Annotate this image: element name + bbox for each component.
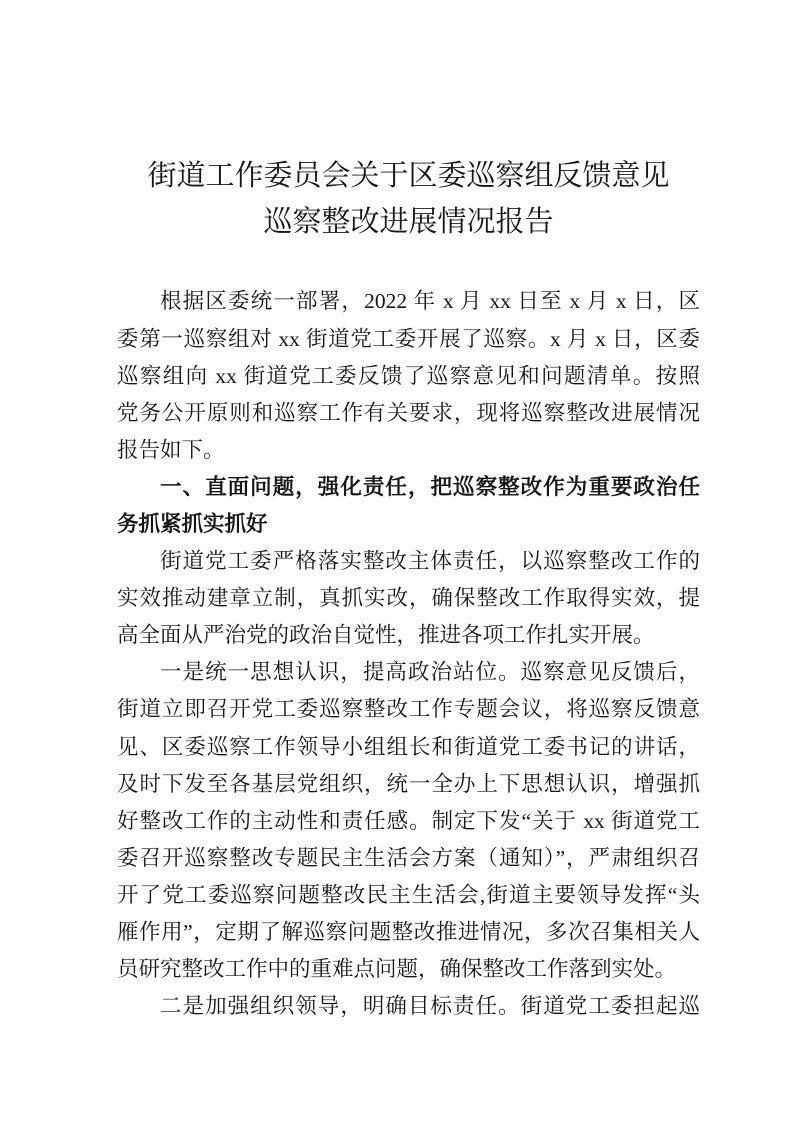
text-line: 报告如下。 xyxy=(117,432,700,469)
text-line: 好整改工作的主动性和责任感。制定下发“关于 xx 街道党工 xyxy=(117,803,700,840)
text-line: 及时下发至各基层党组织，统一全办上下思想认识，增强抓 xyxy=(117,766,700,803)
text-line: 街道党工委严格落实整改主体责任，以巡察整改工作的 xyxy=(117,543,700,580)
text-line: 委召开巡察整改专题民主生活会方案（通知）”，严肃组织召 xyxy=(117,840,700,877)
text-line: 一是统一思想认识，提高政治站位。巡察意见反馈后， xyxy=(117,654,700,691)
text-line: 员研究整改工作中的重难点问题，确保整改工作落到实处。 xyxy=(117,951,700,988)
paragraph: 一是统一思想认识，提高政治站位。巡察意见反馈后， 街道立即召开党工委巡察整改工作… xyxy=(117,654,700,988)
paragraph: 根据区委统一部署，2022 年 x 月 xx 日至 x 月 x 日，区 委第一巡… xyxy=(117,283,700,468)
text-line: 巡察组向 xx 街道党工委反馈了巡察意见和问题清单。按照 xyxy=(117,358,700,395)
title-line-1: 街道工作委员会关于区委巡察组反馈意见 xyxy=(117,153,700,199)
text-line: 雁作用”，定期了解巡察问题整改推进情况，多次召集相关人 xyxy=(117,914,700,951)
heading-line: 务抓紧抓实抓好 xyxy=(117,506,700,543)
document-title: 街道工作委员会关于区委巡察组反馈意见 巡察整改进展情况报告 xyxy=(117,153,700,245)
paragraph: 街道党工委严格落实整改主体责任，以巡察整改工作的 实效推动建章立制，真抓实改，确… xyxy=(117,543,700,654)
text-line: 高全面从严治党的政治自觉性，推进各项工作扎实开展。 xyxy=(117,617,700,654)
text-line: 党务公开原则和巡察工作有关要求，现将巡察整改进展情况 xyxy=(117,395,700,432)
heading-line: 一、直面问题，强化责任，把巡察整改作为重要政治任 xyxy=(117,469,700,506)
text-line: 实效推动建章立制，真抓实改，确保整改工作取得实效，提 xyxy=(117,580,700,617)
document-body: 根据区委统一部署，2022 年 x 月 xx 日至 x 月 x 日，区 委第一巡… xyxy=(117,283,700,1025)
text-line: 根据区委统一部署，2022 年 x 月 xx 日至 x 月 x 日，区 xyxy=(117,283,700,320)
text-line: 见、区委巡察工作领导小组组长和街道党工委书记的讲话， xyxy=(117,729,700,766)
section-heading: 一、直面问题，强化责任，把巡察整改作为重要政治任 务抓紧抓实抓好 xyxy=(117,469,700,543)
text-line: 委第一巡察组对 xx 街道党工委开展了巡察。x 月 x 日，区委 xyxy=(117,321,700,358)
title-line-2: 巡察整改进展情况报告 xyxy=(117,199,700,245)
text-line: 街道立即召开党工委巡察整改工作专题会议，将巡察反馈意 xyxy=(117,691,700,728)
text-line: 二是加强组织领导，明确目标责任。街道党工委担起巡 xyxy=(117,988,700,1025)
text-line: 开了党工委巡察问题整改民主生活会,街道主要领导发挥“头 xyxy=(117,877,700,914)
paragraph: 二是加强组织领导，明确目标责任。街道党工委担起巡 xyxy=(117,988,700,1025)
document-page: 街道工作委员会关于区委巡察组反馈意见 巡察整改进展情况报告 根据区委统一部署，2… xyxy=(0,0,793,1122)
